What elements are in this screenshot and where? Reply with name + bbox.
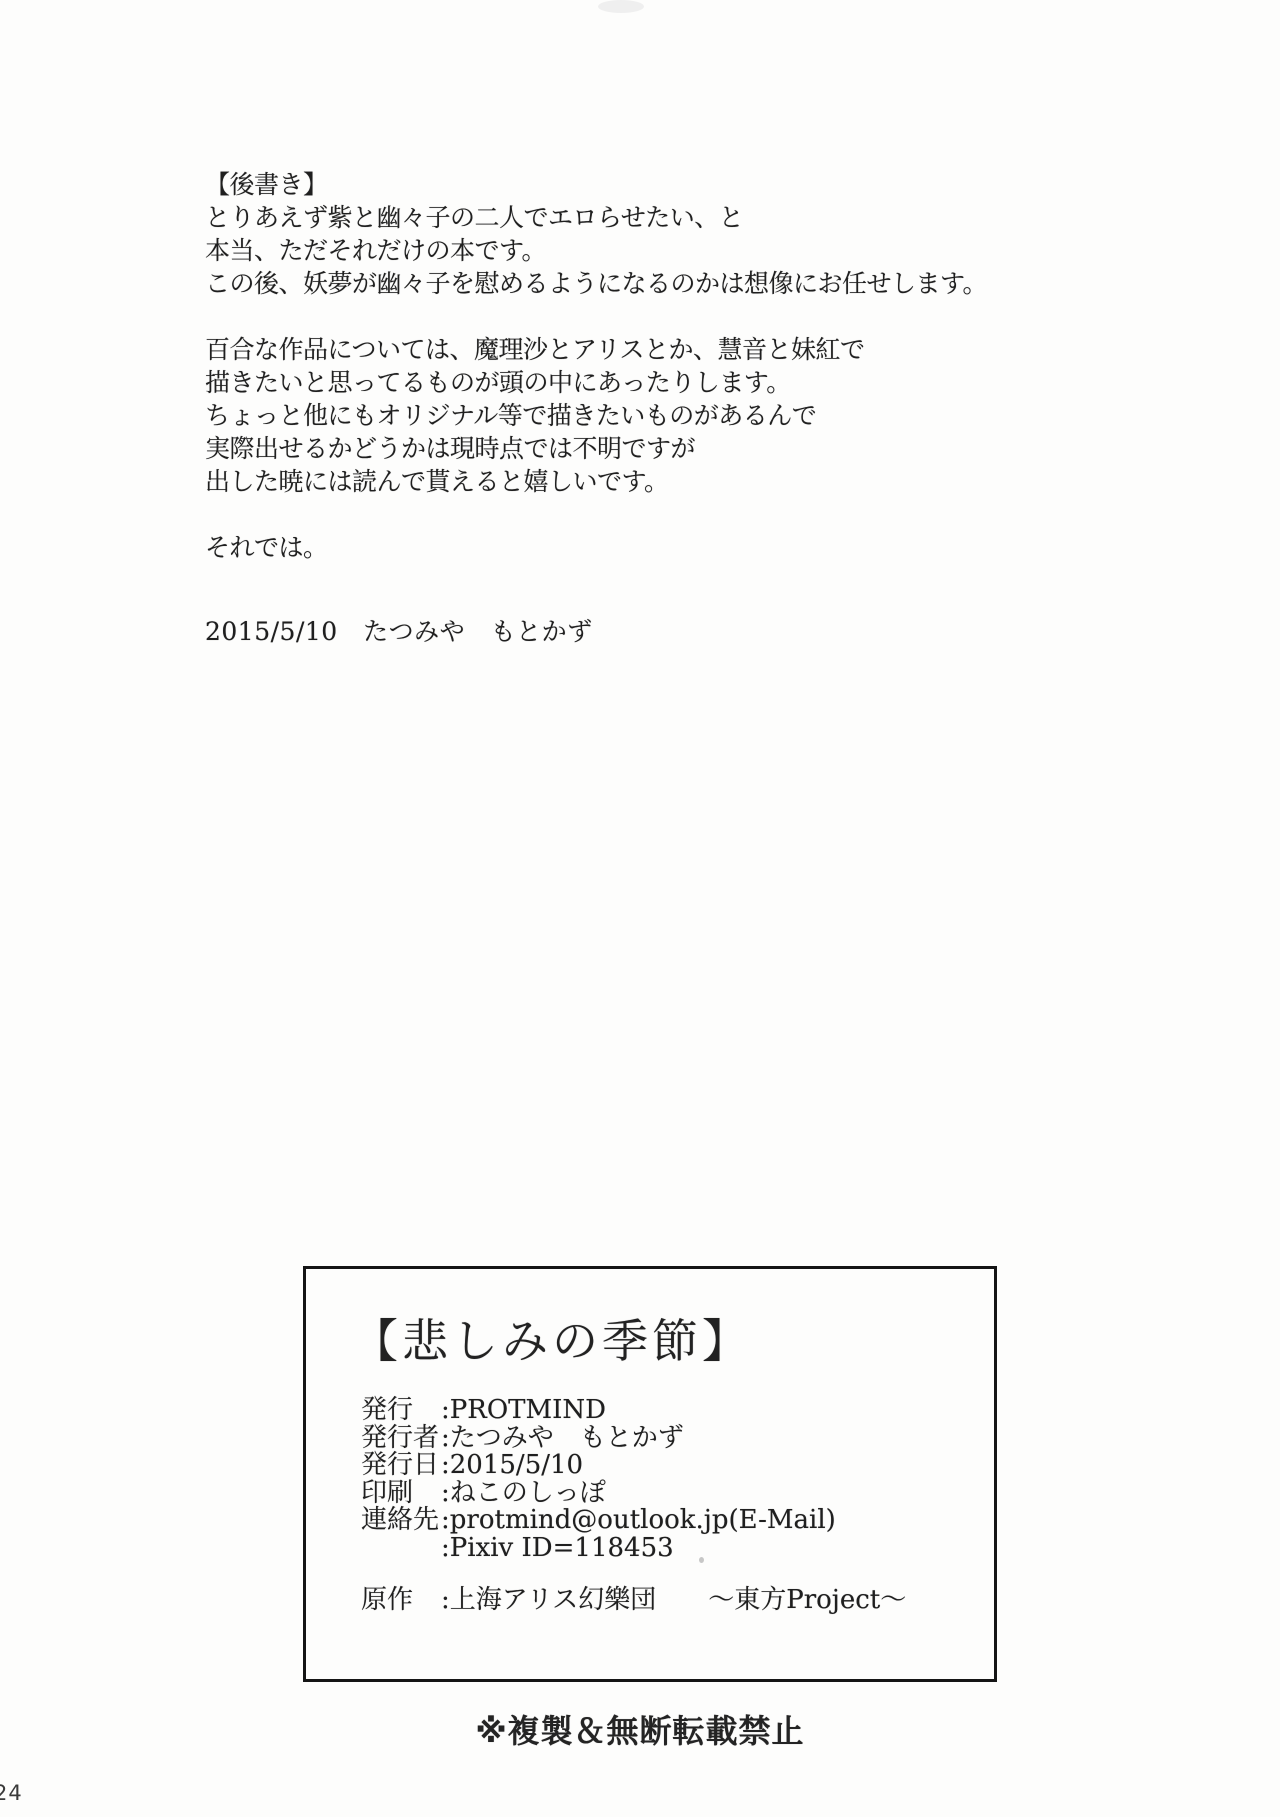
afterword-line: 百合な作品については、魔理沙とアリスとか、慧音と妹紅で (205, 333, 1085, 366)
colophon-colon: : (441, 1533, 450, 1563)
colophon-value: Pixiv ID=118453 (450, 1533, 674, 1563)
colophon-label: 発行者 (361, 1425, 441, 1453)
scan-speck (699, 1557, 704, 1563)
copy-prohibition-notice: ※複製＆無断転載禁止 (0, 1706, 1280, 1752)
colophon-row: 発行日:2015/5/10 (361, 1452, 961, 1480)
colophon-colon: : (441, 1423, 450, 1453)
colophon-colon: : (441, 1505, 450, 1535)
colophon-colon: : (441, 1478, 450, 1508)
colophon-value: PROTMIND (450, 1395, 606, 1425)
colophon-value: 上海アリス幻樂団 ～東方Project～ (450, 1585, 906, 1615)
afterword-line (205, 300, 1085, 333)
colophon-value: 2015/5/10 (450, 1450, 583, 1480)
afterword-line: それでは。 (205, 531, 1085, 564)
afterword-line: とりあえず紫と幽々子の二人でエロらせたい、と (205, 201, 1085, 234)
colophon-value: ねこのしっぽ (450, 1478, 606, 1508)
book-title: 【悲しみの季節】 (352, 1305, 752, 1371)
afterword-line: 描きたいと思ってるものが頭の中にあったりします。 (205, 366, 1085, 399)
colophon-box: 【悲しみの季節】 発行:PROTMIND発行者:たつみや もとかず発行日:201… (303, 1266, 997, 1682)
afterword-line: この後、妖夢が幽々子を慰めるようになるのかは想像にお任せします。 (205, 267, 1085, 300)
colophon-row: :Pixiv ID=118453 (361, 1535, 961, 1563)
colophon-label: 印刷 (361, 1480, 441, 1508)
colophon-label: 発行 (361, 1397, 441, 1425)
scanned-page: 【後書き】とりあえず紫と幽々子の二人でエロらせたい、と本当、ただそれだけの本です… (0, 0, 1280, 1817)
colophon-row: 印刷:ねこのしっぽ (361, 1480, 961, 1508)
afterword-date-line: 2015/5/10 たつみや もとかず (205, 612, 593, 648)
page-number: 24 (0, 1781, 23, 1805)
afterword-section: 【後書き】とりあえず紫と幽々子の二人でエロらせたい、と本当、ただそれだけの本です… (205, 168, 1085, 564)
colophon-row: 原作:上海アリス幻樂団 ～東方Project～ (361, 1587, 961, 1615)
afterword-line: 【後書き】 (205, 168, 1085, 201)
scan-smudge (598, 0, 644, 13)
colophon-label: 原作 (361, 1587, 441, 1615)
colophon-label: 発行日 (361, 1452, 441, 1480)
colophon-row: 発行者:たつみや もとかず (361, 1425, 961, 1453)
colophon-rows: 発行:PROTMIND発行者:たつみや もとかず発行日:2015/5/10印刷:… (361, 1397, 961, 1615)
colophon-value: protmind@outlook.jp(E-Mail) (450, 1505, 836, 1535)
colophon-row: 発行:PROTMIND (361, 1397, 961, 1425)
colophon-row: 連絡先:protmind@outlook.jp(E-Mail) (361, 1507, 961, 1535)
afterword-line (205, 498, 1085, 531)
colophon-colon: : (441, 1585, 450, 1615)
colophon-label: 連絡先 (361, 1507, 441, 1535)
colophon-colon: : (441, 1395, 450, 1425)
afterword-line: 出した暁には読んで貰えると嬉しいです。 (205, 465, 1085, 498)
colophon-colon: : (441, 1450, 450, 1480)
afterword-line: 実際出せるかどうかは現時点では不明ですが (205, 432, 1085, 465)
afterword-line: ちょっと他にもオリジナル等で描きたいものがあるんで (205, 399, 1085, 432)
colophon-value: たつみや もとかず (450, 1423, 684, 1453)
afterword-line: 本当、ただそれだけの本です。 (205, 234, 1085, 267)
